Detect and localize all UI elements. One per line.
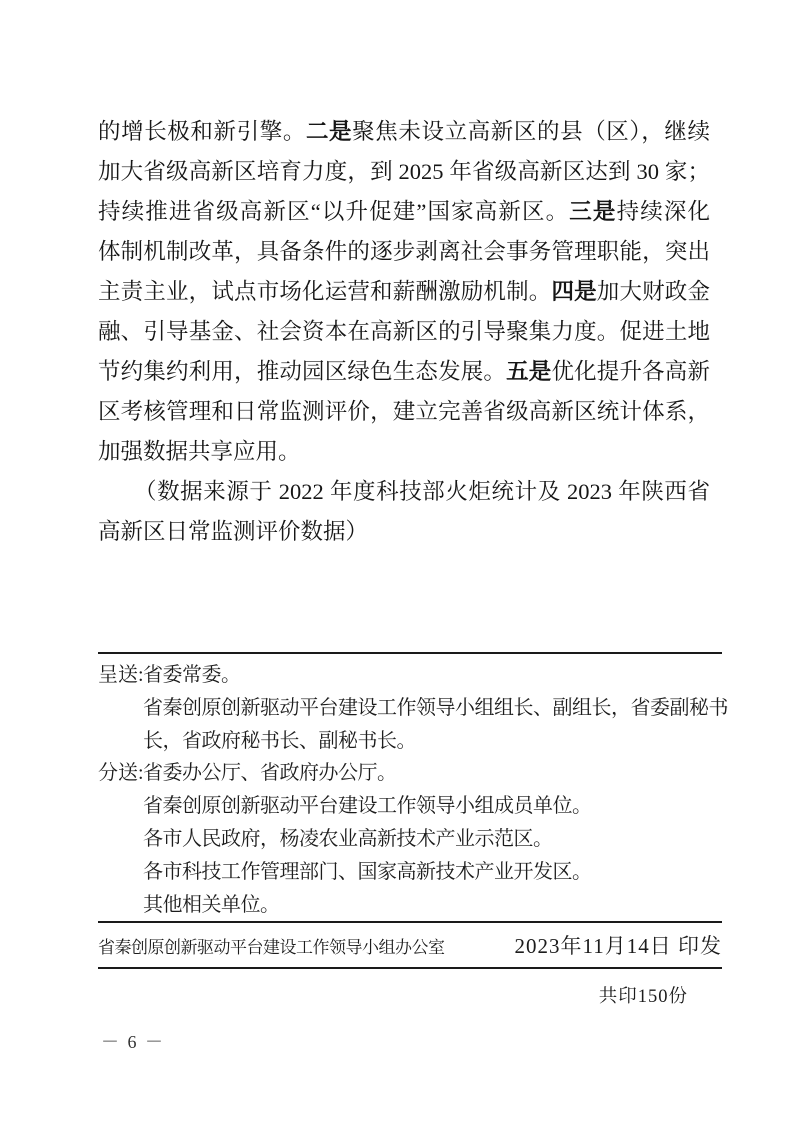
body-text-segment: 节约集约利用，推动园区绿色生态发展。: [98, 359, 506, 384]
colophon-recipients: 省委常委。: [143, 664, 241, 686]
body-text-segment: 优化提升各高新: [551, 359, 710, 384]
print-copies: 共印150份: [98, 982, 722, 1008]
distribution-list: 呈送:省委常委。省秦创原创新驱动平台建设工作领导小组组长、副组长，省委副秘书长，…: [98, 654, 722, 921]
colophon-recipients: 省委办公厅、省政府办公厅。: [143, 762, 397, 784]
colophon-recipients: 省秦创原创新驱动平台建设工作领导小组成员单位。: [143, 795, 592, 817]
body-line: 体制机制改革，具备条件的逐步剥离社会事务管理职能，突出: [98, 232, 710, 272]
body-text-segment: 加大省级高新区培育力度，到 2025 年省级高新区达到 30 家；: [98, 159, 710, 184]
colophon-line: 各市科技工作管理部门、国家高新技术产业开发区。: [98, 856, 722, 889]
issuer-office: 省秦创原创新驱动平台建设工作领导小组办公室: [98, 933, 445, 958]
body-text-segment: （数据来源于 2022 年度科技部火炬统计及 2023 年陕西省: [134, 479, 710, 504]
colophon-recipients: 省秦创原创新驱动平台建设工作领导小组组长、副组长，省委副秘书: [143, 697, 728, 719]
colophon-recipients: 各市科技工作管理部门、国家高新技术产业开发区。: [143, 861, 592, 883]
body-enumerator-bold: 四是: [551, 279, 596, 304]
body-line: （数据来源于 2022 年度科技部火炬统计及 2023 年陕西省: [98, 472, 710, 512]
colophon-recipients: 长，省政府秘书长、副秘书长。: [143, 730, 416, 752]
colophon: 呈送:省委常委。省秦创原创新驱动平台建设工作领导小组组长、副组长，省委副秘书长，…: [98, 652, 722, 1008]
body-line: 加强数据共享应用。: [98, 432, 710, 472]
body-line: 节约集约利用，推动园区绿色生态发展。五是优化提升各高新: [98, 352, 710, 392]
issuer-row: 省秦创原创新驱动平台建设工作领导小组办公室 2023年11月14日 印发: [98, 923, 722, 967]
body-text-segment: 主责主业，试点市场化运营和薪酬激励机制。: [98, 279, 551, 304]
body-line: 区考核管理和日常监测评价，建立完善省级高新区统计体系，: [98, 392, 710, 432]
body-line: 持续推进省级高新区“以升促建”国家高新区。三是持续深化: [98, 192, 710, 232]
colophon-recipients: 其他相关单位。: [143, 894, 280, 916]
body-text-segment: 的增长极和新引擎。: [98, 119, 306, 144]
body-line: 主责主业，试点市场化运营和薪酬激励机制。四是加大财政金: [98, 272, 710, 312]
body-text-segment: 聚焦未设立高新区的县（区），继续: [352, 119, 710, 144]
body-text-segment: 持续深化: [617, 199, 710, 224]
colophon-line: 各市人民政府，杨凌农业高新技术产业示范区。: [98, 823, 722, 856]
page-number: － 6 －: [101, 1028, 165, 1054]
issuer-bottom-rule: [98, 967, 722, 969]
print-date: 2023年11月14日 印发: [515, 930, 722, 960]
body-paragraph: 的增长极和新引擎。二是聚焦未设立高新区的县（区），继续加大省级高新区培育力度，到…: [98, 112, 710, 552]
colophon-line: 省秦创原创新驱动平台建设工作领导小组组长、副组长，省委副秘书: [98, 692, 722, 725]
body-text-segment: 加大财政金: [597, 279, 710, 304]
body-enumerator-bold: 二是: [306, 119, 352, 144]
body-text-segment: 体制机制改革，具备条件的逐步剥离社会事务管理职能，突出: [98, 239, 710, 264]
body-text-segment: 区考核管理和日常监测评价，建立完善省级高新区统计体系，: [98, 399, 710, 424]
colophon-line: 长，省政府秘书长、副秘书长。: [98, 725, 722, 758]
body-text-segment: 加强数据共享应用。: [98, 439, 301, 464]
body-enumerator-bold: 三是: [569, 199, 616, 224]
document-page: 的增长极和新引擎。二是聚焦未设立高新区的县（区），继续加大省级高新区培育力度，到…: [0, 0, 794, 1123]
body-text-segment: 融、引导基金、社会资本在高新区的引导聚集力度。促进土地: [98, 319, 710, 344]
colophon-line: 其他相关单位。: [98, 889, 722, 922]
body-line: 融、引导基金、社会资本在高新区的引导聚集力度。促进土地: [98, 312, 710, 352]
colophon-recipients: 各市人民政府，杨凌农业高新技术产业示范区。: [143, 828, 553, 850]
colophon-line: 呈送:省委常委。: [98, 659, 722, 692]
colophon-label: 呈送:: [98, 659, 143, 692]
body-text-segment: 高新区日常监测评价数据）: [98, 519, 368, 544]
body-text-segment: 持续推进省级高新区“以升促建”国家高新区。: [98, 199, 569, 224]
colophon-line: 分送:省委办公厅、省政府办公厅。: [98, 757, 722, 790]
body-enumerator-bold: 五是: [506, 359, 551, 384]
body-line: 的增长极和新引擎。二是聚焦未设立高新区的县（区），继续: [98, 112, 710, 152]
body-line: 高新区日常监测评价数据）: [98, 512, 710, 552]
body-line: 加大省级高新区培育力度，到 2025 年省级高新区达到 30 家；: [98, 152, 710, 192]
colophon-label: 分送:: [98, 757, 143, 790]
colophon-line: 省秦创原创新驱动平台建设工作领导小组成员单位。: [98, 790, 722, 823]
